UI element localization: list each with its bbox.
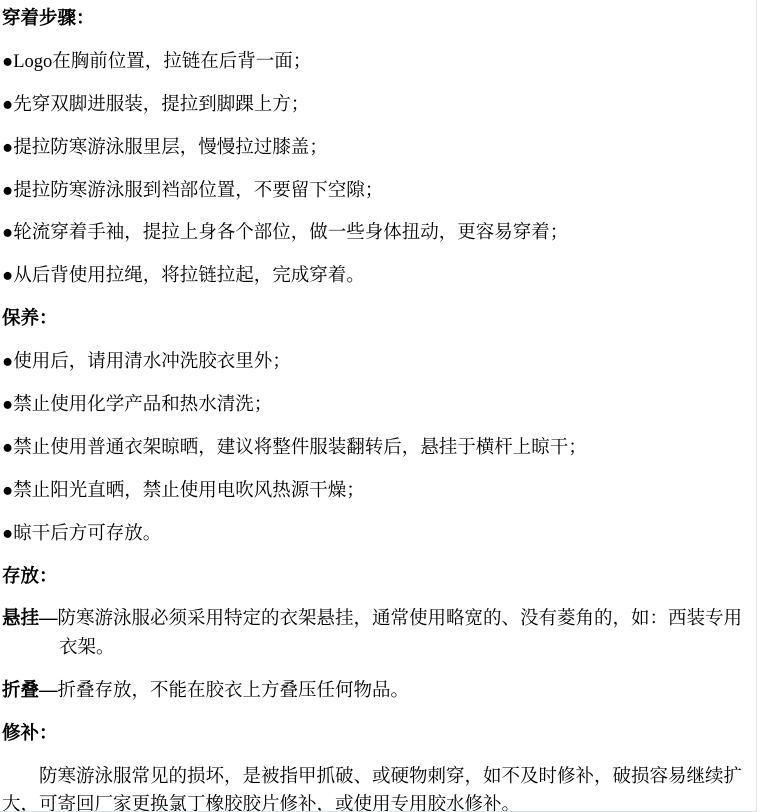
care-item: ●晾干后方可存放。	[2, 520, 748, 549]
wearing-step-text: 提拉防寒游泳服到裆部位置，不要留下空隙；	[13, 181, 383, 201]
storage-fold-text: 折叠存放，不能在胶衣上方叠压任何物品。	[58, 681, 410, 701]
care-item: ●禁止阳光直晒，禁止使用电吹风热源干燥；	[2, 477, 748, 506]
wearing-step-text: 从后背使用拉绳，将拉链拉起，完成穿着。	[13, 266, 365, 286]
care-item: ●禁止使用化学产品和热水清洗；	[2, 391, 748, 420]
storage-fold-item: 折叠—折叠存放，不能在胶衣上方叠压任何物品。	[2, 677, 748, 706]
section-heading-repair: 修补：	[2, 720, 748, 749]
wearing-step-text: Logo在胸前位置，拉链在后背一面；	[13, 52, 311, 72]
storage-fold-label: 折叠—	[2, 681, 58, 701]
bullet-icon: ●	[2, 95, 13, 115]
wearing-step-text: 提拉防寒游泳服里层，慢慢拉过膝盖；	[13, 138, 328, 158]
bullet-icon: ●	[2, 181, 13, 201]
wearing-step-item: ●从后背使用拉绳，将拉链拉起，完成穿着。	[2, 262, 748, 291]
care-item-text: 禁止使用化学产品和热水清洗；	[13, 395, 272, 415]
care-item: ●使用后，请用清水冲洗胶衣里外；	[2, 348, 748, 377]
wearing-step-item: ●提拉防寒游泳服里层，慢慢拉过膝盖；	[2, 134, 748, 163]
storage-hang-item: 悬挂—防寒游泳服必须采用特定的衣架悬挂，通常使用略宽的、没有菱角的，如：西装专用…	[2, 605, 748, 662]
wearing-step-text: 先穿双脚进服装，提拉到脚踝上方；	[13, 95, 309, 115]
bullet-icon: ●	[2, 524, 13, 544]
bullet-icon: ●	[2, 395, 13, 415]
bullet-icon: ●	[2, 438, 13, 458]
section-heading-care: 保养：	[2, 305, 748, 334]
section-heading-storage: 存放：	[2, 563, 748, 592]
bullet-icon: ●	[2, 352, 13, 372]
bullet-icon: ●	[2, 266, 13, 286]
repair-paragraph: 防寒游泳服常见的损坏，是被指甲抓破、或硬物刺穿，如不及时修补，破损容易继续扩大，…	[2, 763, 748, 812]
bullet-icon: ●	[2, 223, 13, 243]
wearing-step-item: ●Logo在胸前位置，拉链在后背一面；	[2, 48, 748, 77]
care-instructions-document: 穿着步骤： ●Logo在胸前位置，拉链在后背一面； ●先穿双脚进服装，提拉到脚踝…	[0, 0, 757, 812]
wearing-step-text: 轮流穿着手袖，提拉上身各个部位，做一些身体扭动，更容易穿着；	[13, 223, 568, 243]
care-item: ●禁止使用普通衣架晾晒，建议将整件服装翻转后，悬挂于横杆上晾干；	[2, 434, 748, 463]
bullet-icon: ●	[2, 138, 13, 158]
care-item-text: 使用后，请用清水冲洗胶衣里外；	[13, 352, 291, 372]
wearing-step-item: ●提拉防寒游泳服到裆部位置，不要留下空隙；	[2, 177, 748, 206]
bullet-icon: ●	[2, 481, 13, 501]
bullet-icon: ●	[2, 52, 13, 72]
care-item-text: 晾干后方可存放。	[13, 524, 161, 544]
wearing-step-item: ●轮流穿着手袖，提拉上身各个部位，做一些身体扭动，更容易穿着；	[2, 219, 748, 248]
wearing-step-item: ●先穿双脚进服装，提拉到脚踝上方；	[2, 91, 748, 120]
section-heading-wearing-steps: 穿着步骤：	[2, 5, 748, 34]
care-item-text: 禁止使用普通衣架晾晒，建议将整件服装翻转后，悬挂于横杆上晾干；	[13, 438, 587, 458]
storage-hang-label: 悬挂—	[2, 609, 58, 629]
storage-hang-text: 防寒游泳服必须采用特定的衣架悬挂，通常使用略宽的、没有菱角的，如：西装专用衣架。	[58, 609, 743, 658]
care-item-text: 禁止阳光直晒，禁止使用电吹风热源干燥；	[13, 481, 365, 501]
